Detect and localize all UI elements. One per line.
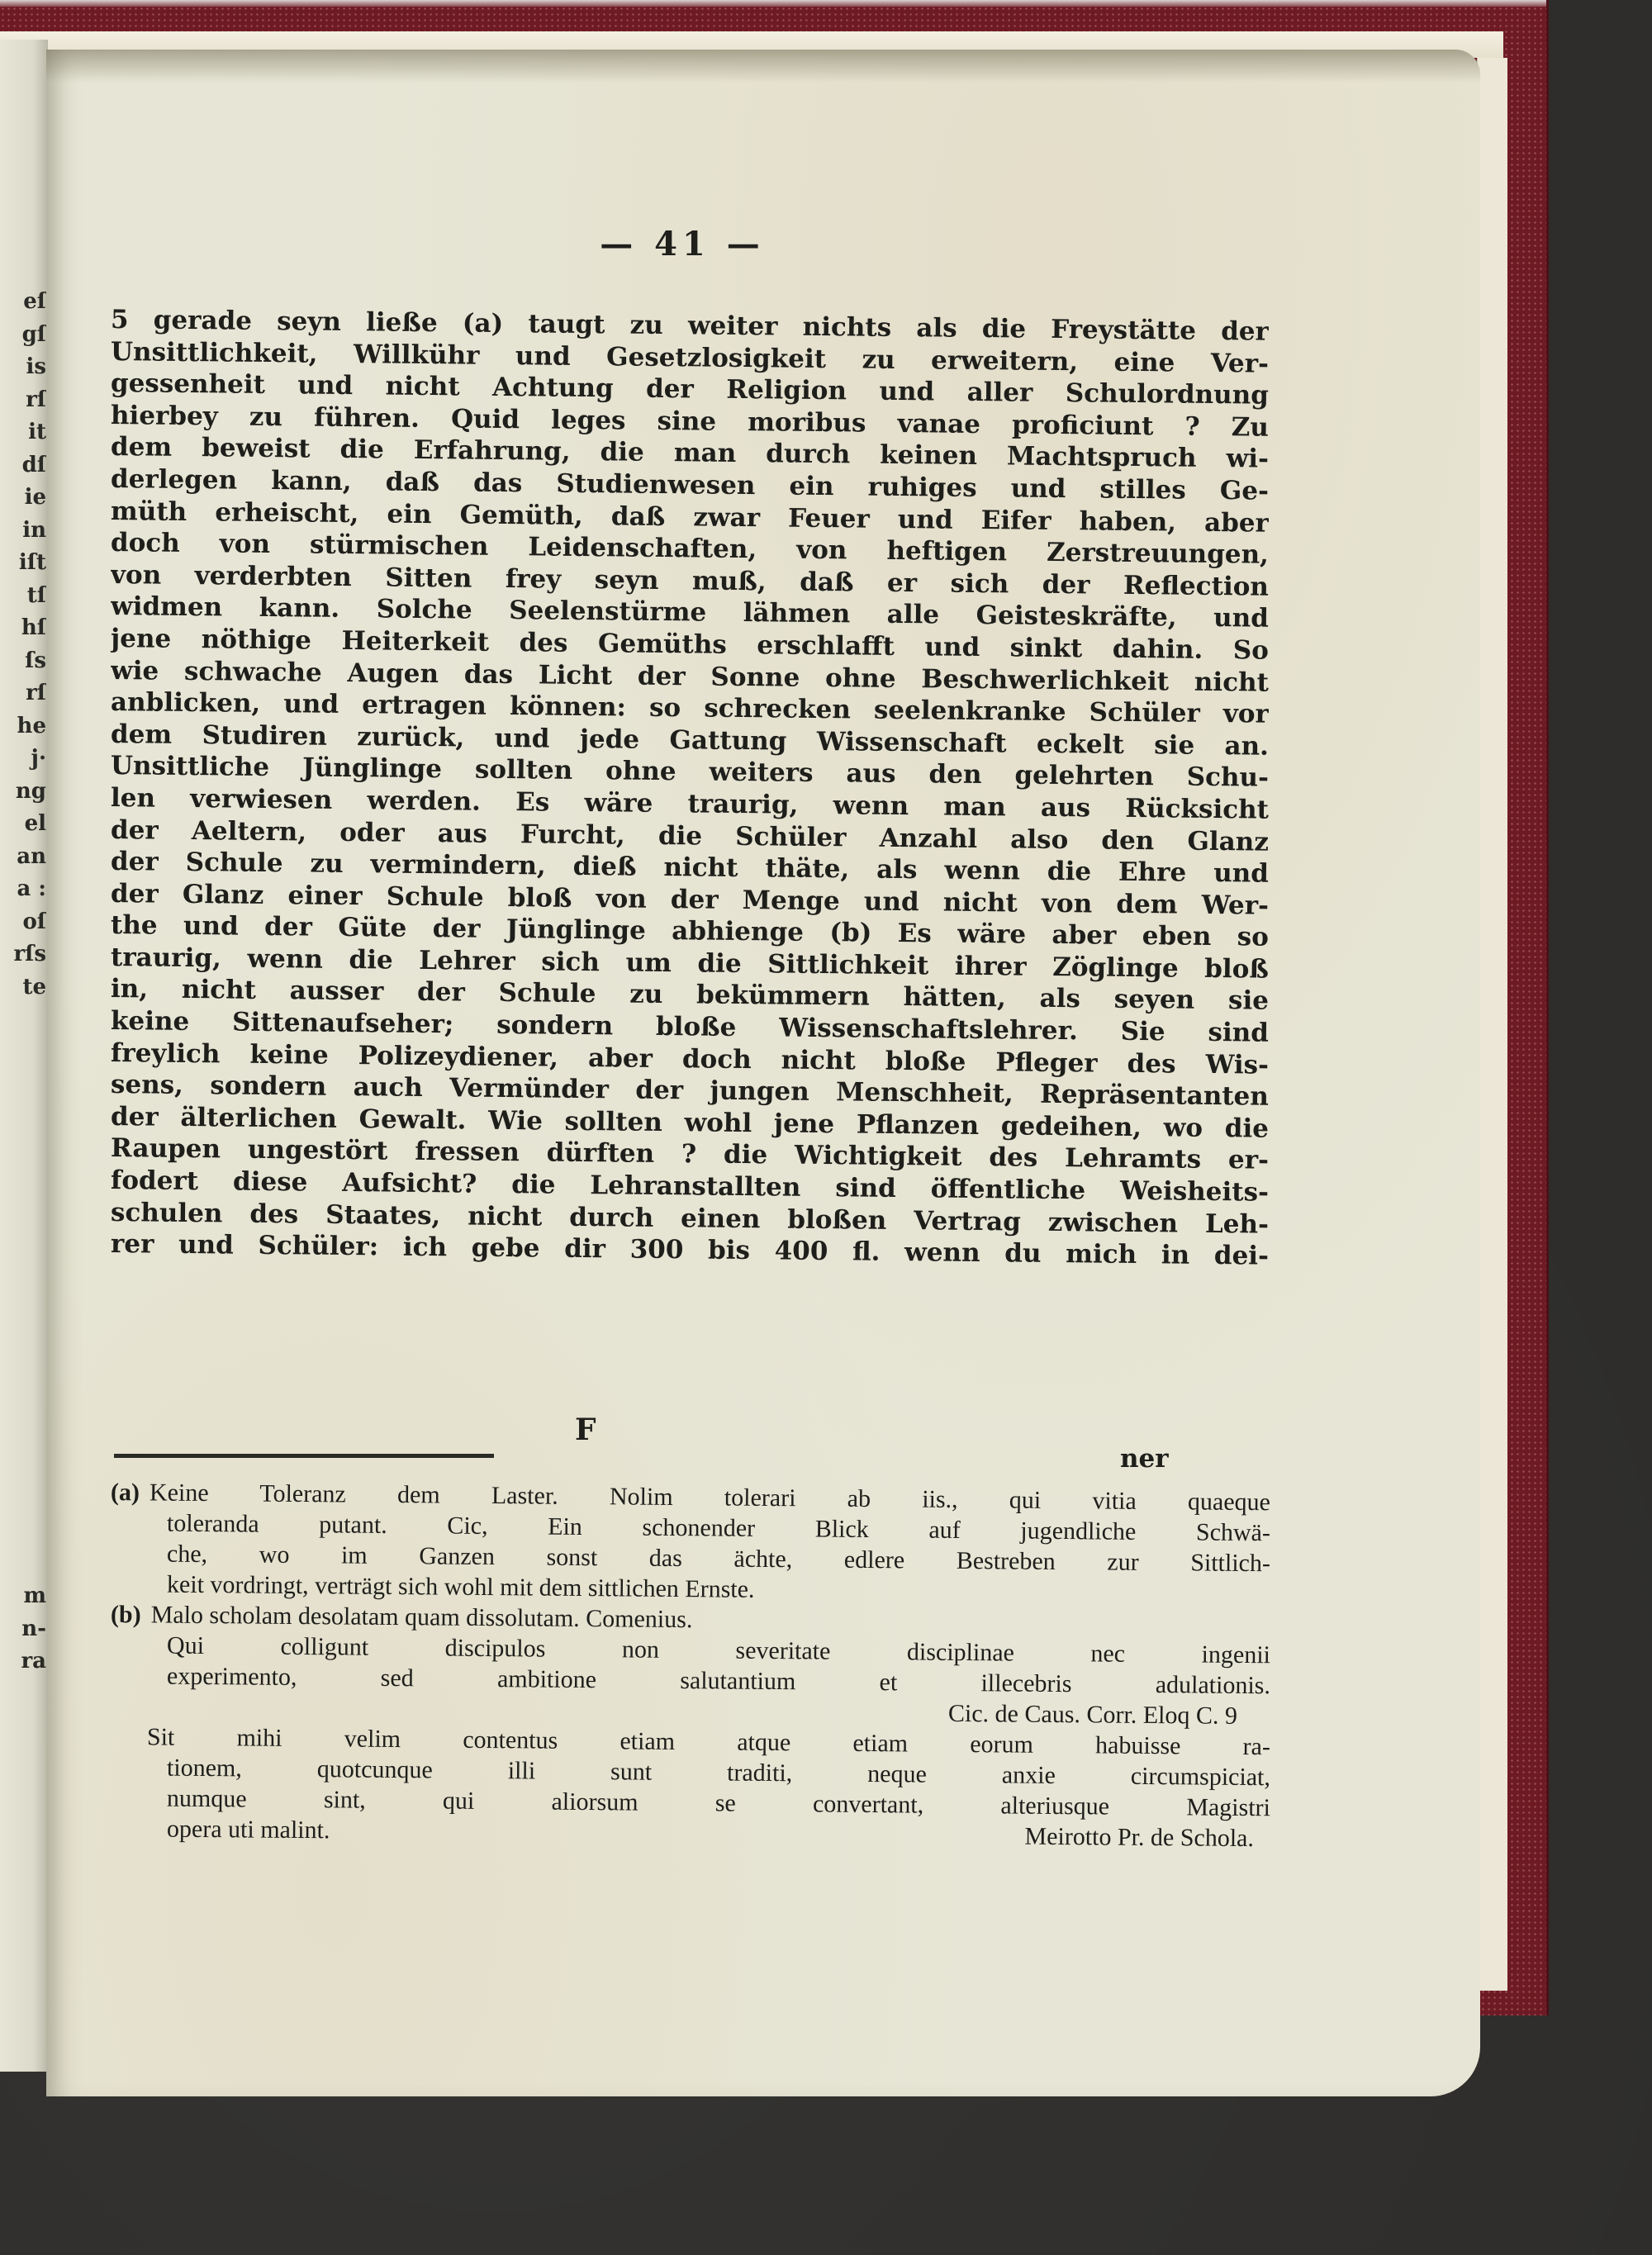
fragment: rſ xyxy=(2,384,46,417)
footnote-text: Malo scholam desolatam quam dissolutam. … xyxy=(151,1601,693,1633)
catchword: ner xyxy=(1120,1444,1169,1474)
left-page-lower-fragments: m n- ra xyxy=(2,1580,46,1678)
fragment: in xyxy=(2,515,46,548)
fragment: it xyxy=(2,416,46,449)
fragment: ra xyxy=(2,1645,46,1678)
main-body-text: 5 gerade seyn ließe (a) taugt zu weiter … xyxy=(111,304,1269,1260)
cover-top-edge xyxy=(0,0,1546,7)
fragment: ſs xyxy=(2,645,46,678)
printer-signature-mark: F xyxy=(575,1412,596,1447)
fragment: m xyxy=(2,1580,46,1613)
fragment: rſs xyxy=(2,938,46,971)
fragment: eſ xyxy=(2,286,46,319)
page-number-header: — 41 — xyxy=(558,225,806,263)
fragment: j· xyxy=(2,743,46,776)
fragment: hſ xyxy=(2,612,46,645)
fragment: iſt xyxy=(2,547,46,580)
fragment: ie xyxy=(2,482,46,515)
page-top-shadow xyxy=(46,50,1480,83)
fragment: is xyxy=(2,351,46,384)
fragment: a : xyxy=(2,873,46,906)
fragment: n- xyxy=(2,1613,46,1646)
fragment: te xyxy=(2,971,46,1004)
footnote-b-mark: (b) xyxy=(111,1601,141,1628)
fragment: tſ xyxy=(2,580,46,613)
fragment: dſ xyxy=(2,449,46,482)
left-page-text-fragments: eſ gſ is rſ it dſ ie in iſt tſ hſ ſs rſ … xyxy=(2,286,46,1004)
fragment: he xyxy=(2,710,46,743)
footnotes: (a)Keine Toleranz dem Laster. Nolim tole… xyxy=(111,1477,1270,1844)
fragment: ng xyxy=(2,776,46,809)
fragment: rſ xyxy=(2,677,46,710)
left-page-verso: eſ gſ is rſ it dſ ie in iſt tſ hſ ſs rſ … xyxy=(0,40,48,2072)
footnote-a-mark: (a) xyxy=(111,1479,140,1506)
fragment: el xyxy=(2,808,46,841)
fragment: oſ xyxy=(2,906,46,939)
endpaper-right-edge xyxy=(1477,58,1507,1991)
footnote-text: opera uti malint. xyxy=(167,1814,330,1846)
book-page-recto: — 41 — 5 gerade seyn ließe (a) taugt zu … xyxy=(46,50,1480,2096)
fragment: gſ xyxy=(2,319,46,352)
footnote-separator-rule xyxy=(114,1454,494,1458)
footnote-b-citation-2: Meirotto Pr. de Schola. xyxy=(1024,1821,1254,1854)
fragment: an xyxy=(2,841,46,874)
